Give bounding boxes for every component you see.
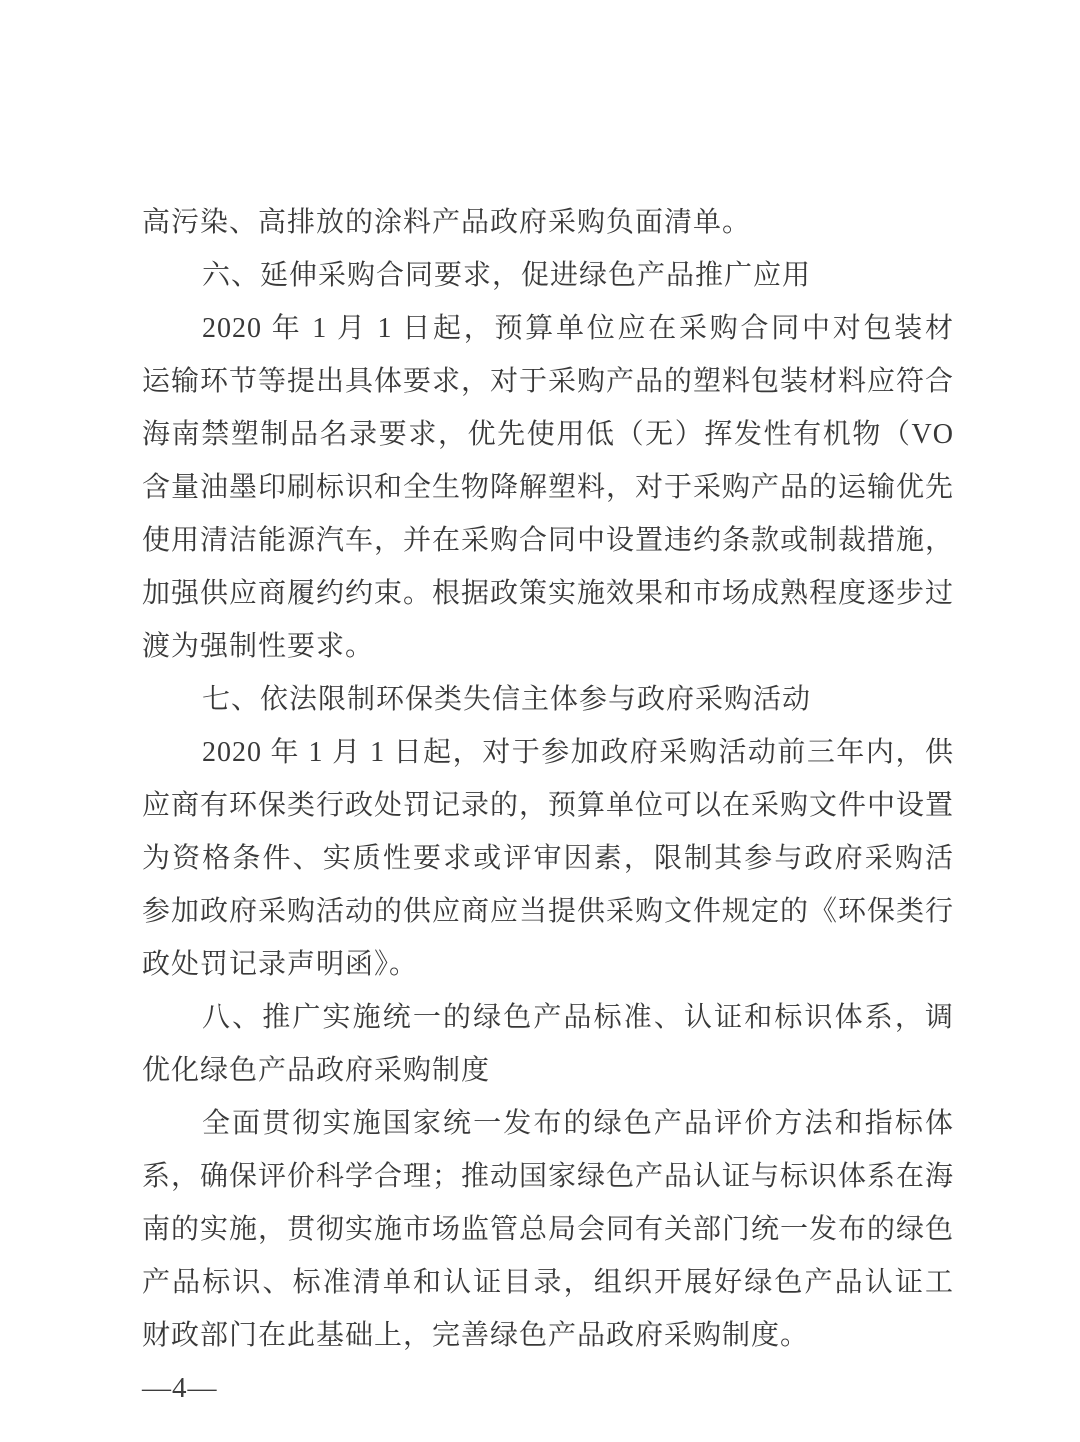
paragraph-line: 产品标识、标准清单和认证目录，组织开展好绿色产品认证工作。 (142, 1256, 954, 1309)
document-page: 高污染、高排放的涂料产品政府采购负面清单。 六、延伸采购合同要求，促进绿色产品推… (0, 0, 1080, 1442)
paragraph-line: 为资格条件、实质性要求或评审因素，限制其参与政府采购活动。 (142, 832, 954, 885)
paragraph-line: 使用清洁能源汽车，并在采购合同中设置违约条款或制裁措施， (142, 514, 954, 567)
paragraph-line: 加强供应商履约约束。根据政策实施效果和市场成熟程度逐步过 (142, 567, 954, 620)
paragraph-line: 渡为强制性要求。 (142, 620, 954, 673)
paragraph-line: 运输环节等提出具体要求，对于采购产品的塑料包装材料应符合 (142, 355, 954, 408)
document-body: 高污染、高排放的涂料产品政府采购负面清单。 六、延伸采购合同要求，促进绿色产品推… (142, 196, 954, 1362)
section-heading-seven: 七、依法限制环保类失信主体参与政府采购活动 (142, 673, 954, 726)
page-number: —4— (142, 1362, 218, 1415)
paragraph-line: 2020 年 1 月 1 日起，预算单位应在采购合同中对包装材料、 (142, 302, 954, 355)
section-heading-eight-continuation: 优化绿色产品政府采购制度 (142, 1044, 954, 1097)
paragraph-line: 南的实施，贯彻实施市场监管总局会同有关部门统一发布的绿色 (142, 1203, 954, 1256)
paragraph-line: 高污染、高排放的涂料产品政府采购负面清单。 (142, 196, 954, 249)
paragraph-line: 参加政府采购活动的供应商应当提供采购文件规定的《环保类行 (142, 885, 954, 938)
paragraph-line: 政处罚记录声明函》。 (142, 938, 954, 991)
section-heading-eight: 八、推广实施统一的绿色产品标准、认证和标识体系，调整 (142, 991, 954, 1044)
section-heading-six: 六、延伸采购合同要求，促进绿色产品推广应用 (142, 249, 954, 302)
paragraph-line: 全面贯彻实施国家统一发布的绿色产品评价方法和指标体 (142, 1097, 954, 1150)
paragraph-line: 系，确保评价科学合理；推动国家绿色产品认证与标识体系在海 (142, 1150, 954, 1203)
paragraph-line: 海南禁塑制品名录要求，优先使用低（无）挥发性有机物（VOCs） (142, 408, 954, 461)
paragraph-line: 2020 年 1 月 1 日起，对于参加政府采购活动前三年内，供 (142, 726, 954, 779)
paragraph-line: 财政部门在此基础上，完善绿色产品政府采购制度。 (142, 1309, 954, 1362)
paragraph-line: 含量油墨印刷标识和全生物降解塑料，对于采购产品的运输优先 (142, 461, 954, 514)
paragraph-line: 应商有环保类行政处罚记录的，预算单位可以在采购文件中设置 (142, 779, 954, 832)
